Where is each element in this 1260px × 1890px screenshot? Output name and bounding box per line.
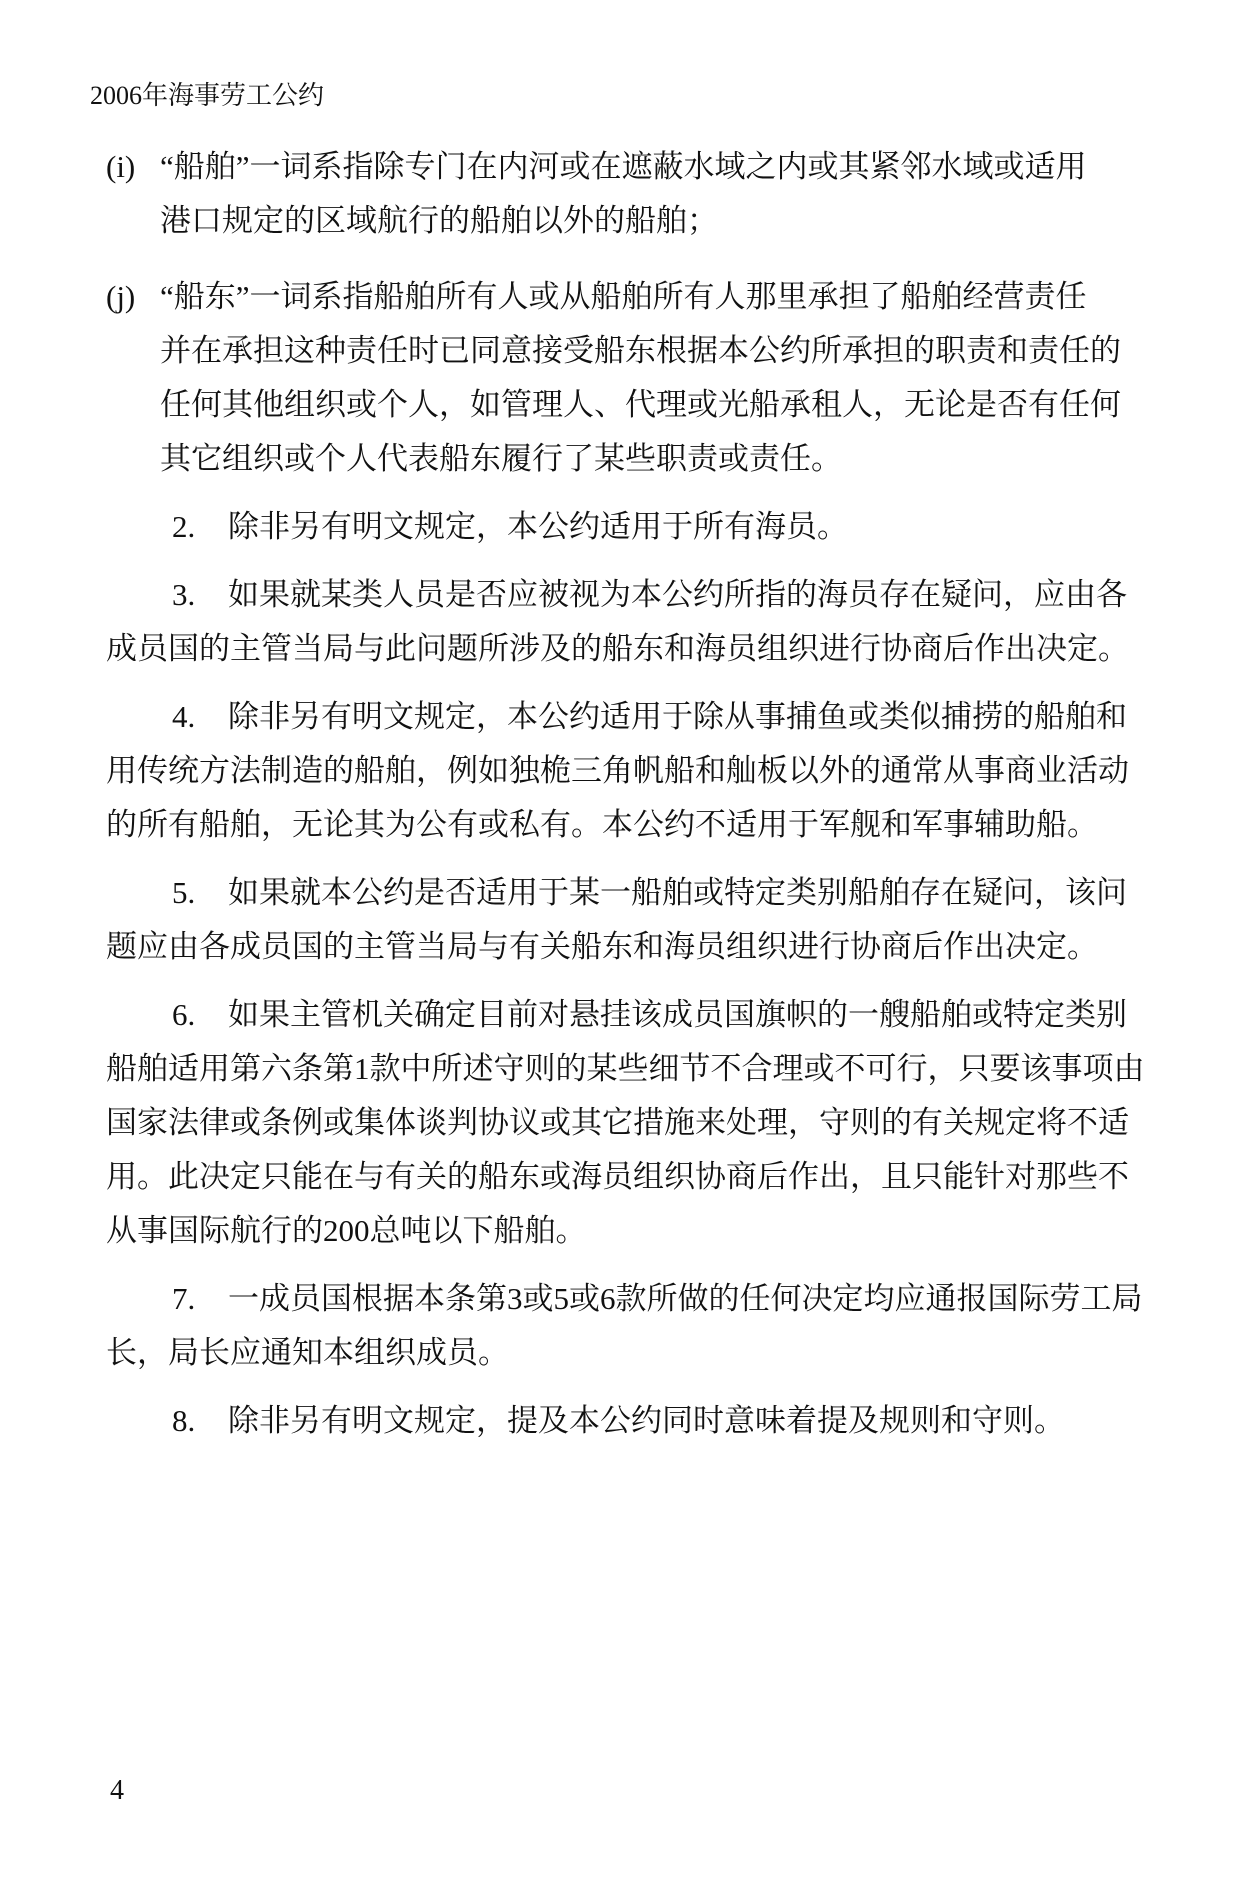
paragraph-line: 成员国的主管当局与此问题所涉及的船东和海员组织进行协商后作出决定。 [106,629,1129,669]
paragraph-line: 船舶适用第六条第1款中所述守则的某些细节不合理或不可行，只要该事项由 [106,1049,1145,1089]
paragraph-line: 如果就本公约是否适用于某一船舶或特定类别船舶存在疑问，该问 [228,873,1127,913]
definition-line: 港口规定的区域航行的船舶以外的船舶； [160,201,718,241]
running-header: 2006年海事劳工公约 [90,80,324,112]
page-number: 4 [110,1775,124,1807]
paragraph-number: 4. [172,697,195,737]
definition-line: “船舶”一词系指除专门在内河或在遮蔽水域之内或其紧邻水域或适用 [160,147,1087,187]
definition-line: 其它组织或个人代表船东履行了某些职责或责任。 [160,439,842,479]
paragraph-line: 长，局长应通知本组织成员。 [106,1333,509,1373]
paragraph-line: 题应由各成员国的主管当局与有关船东和海员组织进行协商后作出决定。 [106,927,1098,967]
paragraph-number: 8. [172,1401,195,1441]
paragraph-number: 2. [172,507,195,547]
paragraph-line: 除非另有明文规定，提及本公约同时意味着提及规则和守则。 [228,1401,1065,1441]
paragraph-number: 5. [172,873,195,913]
paragraph-line: 一成员国根据本条第3或5或6款所做的任何决定均应通报国际劳工局 [228,1279,1143,1319]
paragraph-number: 6. [172,995,195,1035]
paragraph-line: 从事国际航行的200总吨以下船舶。 [106,1211,587,1251]
paragraph-line: 国家法律或条例或集体谈判协议或其它措施来处理，守则的有关规定将不适 [106,1103,1129,1143]
paragraph-number: 3. [172,575,195,615]
definition-line: 任何其他组织或个人，如管理人、代理或光船承租人，无论是否有任何 [160,385,1121,425]
definition-label: (j) [106,277,135,317]
paragraph-line: 用。此决定只能在与有关的船东或海员组织协商后作出，且只能针对那些不 [106,1157,1129,1197]
paragraph-line: 除非另有明文规定，本公约适用于除从事捕鱼或类似捕捞的船舶和 [228,697,1127,737]
paragraph-line: 除非另有明文规定，本公约适用于所有海员。 [228,507,848,547]
paragraph-number: 7. [172,1279,195,1319]
paragraph-line: 用传统方法制造的船舶，例如独桅三角帆船和舢板以外的通常从事商业活动 [106,751,1129,791]
definition-line: 并在承担这种责任时已同意接受船东根据本公约所承担的职责和责任的 [160,331,1121,371]
definition-label: (i) [106,147,135,187]
definition-line: “船东”一词系指船舶所有人或从船舶所有人那里承担了船舶经营责任 [160,277,1087,317]
paragraph-line: 的所有船舶，无论其为公有或私有。本公约不适用于军舰和军事辅助船。 [106,805,1098,845]
paragraph-line: 如果主管机关确定目前对悬挂该成员国旗帜的一艘船舶或特定类别 [228,995,1127,1035]
paragraph-line: 如果就某类人员是否应被视为本公约所指的海员存在疑问，应由各 [228,575,1127,615]
document-page: 2006年海事劳工公约 (i) “船舶”一词系指除专门在内河或在遮蔽水域之内或其… [0,0,1260,1890]
